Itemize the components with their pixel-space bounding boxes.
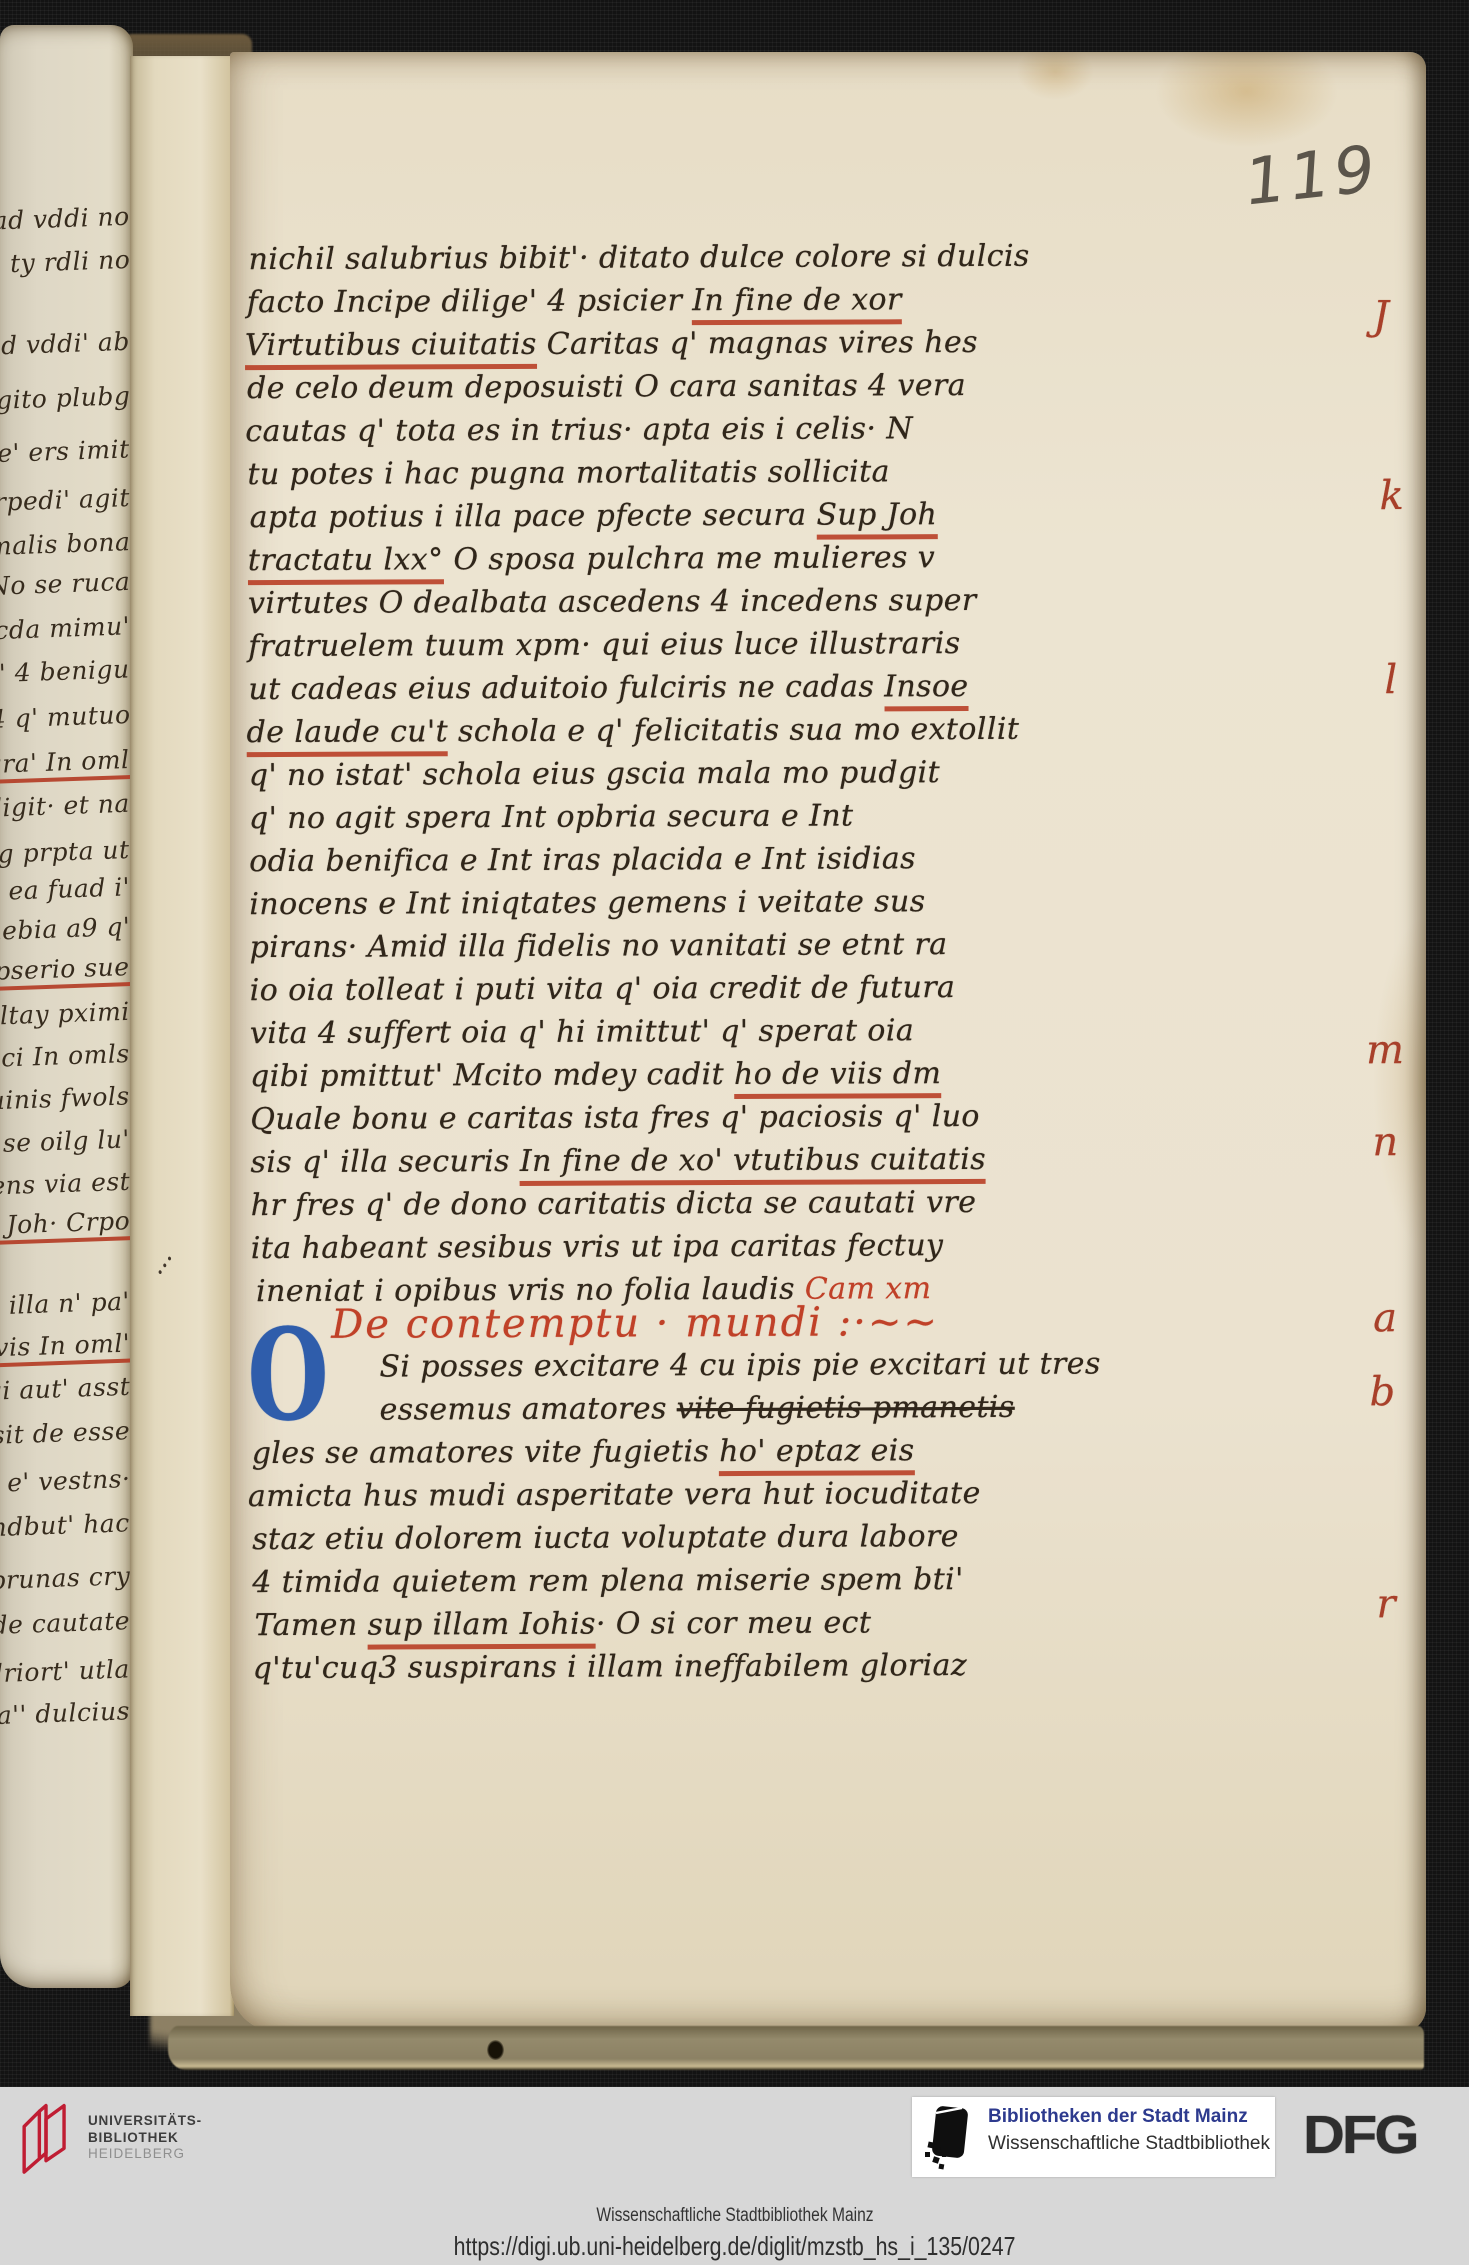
manuscript-line: 4 timida quietem rem plena miserie spem … bbox=[252, 1562, 964, 1600]
manuscript-segment: q' no istat' schola eius gscia mala mo p… bbox=[249, 755, 940, 793]
manuscript-segment: pirans· Amid illa fidelis no vanitati se… bbox=[250, 927, 948, 965]
heidelberg-book-icon bbox=[18, 2098, 74, 2174]
manuscript-segment: de celo deum deposuisti O cara sanitas 4… bbox=[247, 368, 966, 406]
caption-row: Wissenschaftliche Stadtbibliothek Mainz bbox=[0, 2205, 1469, 2227]
manuscript-segment: vita 4 suffert oia q' hi imittut' q' spe… bbox=[250, 1013, 914, 1051]
manuscript-segment: schola e q' felicitatis sua mo extollit bbox=[448, 712, 1019, 749]
manuscript-line: ut cadeas eius aduitoio fulciris ne cada… bbox=[248, 669, 968, 707]
mainz-library-logo: Bibliotheken der Stadt Mainz Wissenschaf… bbox=[912, 2097, 1275, 2177]
manuscript-segment: Si posses excitare 4 cu ipis pie excitar… bbox=[379, 1346, 1100, 1384]
manuscript-line: Virtutibus ciuitatis Caritas q' magnas v… bbox=[245, 325, 978, 363]
mainz-book-icon bbox=[922, 2104, 970, 2172]
manuscript-segment: essemus amatores bbox=[380, 1391, 677, 1427]
manuscript-segment-ul: ho de viis dm bbox=[734, 1056, 942, 1099]
footer-url: https://digi.ub.uni-heidelberg.de/diglit… bbox=[454, 2231, 1016, 2262]
manuscript-segment: hr fres q' de dono caritatis dicta se ca… bbox=[251, 1185, 977, 1223]
manuscript-line: ita habeant sesibus vris ut ipa caritas … bbox=[251, 1228, 944, 1266]
manuscript-segment-ul: tractatu lxx° bbox=[248, 542, 444, 585]
manuscript-segment-ul: In fine de xo' vtutibus cuitatis bbox=[520, 1142, 986, 1186]
manuscript-line: gles se amatores vite fugietis ho' eptaz… bbox=[252, 1433, 915, 1471]
manuscript-line: vita 4 suffert oia q' hi imittut' q' spe… bbox=[250, 1013, 914, 1051]
manuscript-line: de celo deum deposuisti O cara sanitas 4… bbox=[247, 368, 966, 406]
margin-letter: l bbox=[1384, 657, 1397, 703]
manuscript-line: De contemptu · mundi :·~~ bbox=[331, 1299, 939, 1348]
manuscript-segment: io oia tolleat i puti vita q' oia credit… bbox=[250, 970, 956, 1008]
manuscript-line: Tamen sup illam Iohis· O si cor meu ect bbox=[254, 1605, 871, 1643]
manuscript-segment-ul: Insoe bbox=[884, 669, 969, 711]
manuscript-line: q'tu'cuq3 suspirans i illam ineffabilem … bbox=[253, 1648, 968, 1686]
manuscript-line: nichil salubrius bibit'· ditato dulce co… bbox=[248, 239, 1029, 277]
margin-letter: m bbox=[1366, 1027, 1404, 1073]
ubh-line1: UNIVERSITÄTS- bbox=[88, 2113, 202, 2130]
manuscript-segment-ul: ho' eptaz eis bbox=[719, 1433, 915, 1476]
manuscript-line: tractatu lxx° O sposa pulchra me muliere… bbox=[248, 540, 935, 578]
illuminated-initial: O bbox=[247, 1312, 329, 1438]
manuscript-line: amicta hus mudi asperitate vera hut iocu… bbox=[248, 1476, 981, 1514]
manuscript-segment: amicta hus mudi asperitate vera hut iocu… bbox=[248, 1476, 981, 1514]
photo-black-cloth-background: e 4 ad vddi noa' 4 ty rdli noyo ad vddi'… bbox=[0, 0, 1469, 2087]
manuscript-segment: 4 timida quietem rem plena miserie spem … bbox=[252, 1562, 964, 1600]
url-row: https://digi.ub.uni-heidelberg.de/diglit… bbox=[0, 2231, 1469, 2262]
manuscript-segment-ul: In fine de xor bbox=[692, 282, 902, 325]
manuscript-segment: apta potius i illa pace pfecte secura bbox=[250, 498, 817, 535]
heidelberg-logo-text: UNIVERSITÄTS- BIBLIOTHEK HEIDELBERG bbox=[88, 2098, 202, 2174]
manuscript-segment: odia benifica e Int iras placida e Int i… bbox=[249, 841, 916, 879]
digitized-manuscript-scan: e 4 ad vddi noa' 4 ty rdli noyo ad vddi'… bbox=[0, 0, 1469, 2265]
manuscript-segment: Quale bonu e caritas ista fres q' pacios… bbox=[250, 1099, 980, 1137]
manuscript-line: tu potes i hac pugna mortalitatis sollic… bbox=[247, 454, 890, 492]
manuscript-line: essemus amatores vite fugietis pmanetis bbox=[380, 1390, 1015, 1428]
manuscript-line: apta potius i illa pace pfecte secura Su… bbox=[250, 497, 938, 535]
gutter-dots-mark: ... bbox=[140, 1243, 179, 1280]
pencil-folio-number: 119 bbox=[1242, 132, 1380, 222]
margin-letter: b bbox=[1369, 1369, 1395, 1415]
margin-letter: k bbox=[1380, 473, 1404, 519]
manuscript-segment: staz etiu dolorem iucta voluptate dura l… bbox=[252, 1519, 959, 1557]
manuscript-segment: qibi pmittut' Mcito mdey cadit bbox=[250, 1057, 734, 1094]
manuscript-segment: cautas q' tota es in trius· apta eis i c… bbox=[245, 411, 913, 449]
manuscript-segment: facto Incipe dilige' 4 psicier bbox=[247, 283, 693, 320]
manuscript-line: q' no agit spera Int opbria secura e Int bbox=[249, 798, 854, 836]
manuscript-line: inocens e Int iniqtates gemens i veitate… bbox=[249, 884, 925, 922]
manuscript-line: cautas q' tota es in trius· apta eis i c… bbox=[245, 411, 913, 449]
ubh-line2: BIBLIOTHEK bbox=[88, 2130, 202, 2147]
manuscript-segment: q' no agit spera Int opbria secura e Int bbox=[249, 798, 854, 836]
margin-letter: J bbox=[1373, 293, 1389, 339]
manuscript-segment: ut cadeas eius aduitoio fulciris ne cada… bbox=[248, 669, 884, 707]
margin-letter: a bbox=[1373, 1295, 1397, 1341]
heidelberg-library-logo: UNIVERSITÄTS- BIBLIOTHEK HEIDELBERG bbox=[18, 2098, 202, 2174]
manuscript-segment: inocens e Int iniqtates gemens i veitate… bbox=[249, 884, 925, 922]
ubh-line3: HEIDELBERG bbox=[88, 2146, 202, 2163]
manuscript-segment-strike: vite fugietis pmanetis bbox=[677, 1390, 1015, 1426]
manuscript-segment: fratruelem tuum xpm· qui eius luce illus… bbox=[248, 626, 960, 664]
margin-letter: n bbox=[1372, 1119, 1398, 1165]
manuscript-segment: tu potes i hac pugna mortalitatis sollic… bbox=[247, 454, 890, 492]
margin-letter: r bbox=[1376, 1581, 1395, 1627]
manuscript-segment: gles se amatores vite fugietis bbox=[252, 1434, 720, 1471]
footer-caption: Wissenschaftliche Stadtbibliothek Mainz bbox=[596, 2205, 873, 2227]
manuscript-line: io oia tolleat i puti vita q' oia credit… bbox=[250, 970, 956, 1008]
manuscript-segment: nichil salubrius bibit'· ditato dulce co… bbox=[248, 239, 1029, 277]
manuscript-line: sis q' illa securis In fine de xo' vtuti… bbox=[250, 1142, 986, 1180]
manuscript-segment: De contemptu · mundi :·~~ bbox=[331, 1299, 939, 1348]
manuscript-line: staz etiu dolorem iucta voluptate dura l… bbox=[252, 1519, 959, 1557]
manuscript-segment: sis q' illa securis bbox=[250, 1144, 519, 1180]
manuscript-line: fratruelem tuum xpm· qui eius luce illus… bbox=[248, 626, 960, 664]
manuscript-segment: · O si cor meu ect bbox=[596, 1605, 871, 1641]
manuscript-segment-ul: Sup Joh bbox=[816, 497, 937, 540]
manuscript-line: pirans· Amid illa fidelis no vanitati se… bbox=[250, 927, 948, 965]
manuscript-line: hr fres q' de dono caritatis dicta se ca… bbox=[251, 1185, 977, 1223]
manuscript-segment: ita habeant sesibus vris ut ipa caritas … bbox=[251, 1228, 944, 1266]
manuscript-line: Quale bonu e caritas ista fres q' pacios… bbox=[250, 1099, 980, 1137]
manuscript-line: facto Incipe dilige' 4 psicier In fine d… bbox=[247, 282, 902, 320]
mainz-line2: Wissenschaftliche Stadtbibliothek bbox=[988, 2133, 1270, 2155]
manuscript-segment: virtutes O dealbata ascedens 4 incedens … bbox=[248, 583, 977, 621]
manuscript-line: q' no istat' schola eius gscia mala mo p… bbox=[249, 755, 940, 793]
mainz-line1: Bibliotheken der Stadt Mainz bbox=[988, 2106, 1248, 2128]
manuscript-line: qibi pmittut' Mcito mdey cadit ho de vii… bbox=[250, 1056, 941, 1094]
manuscript-line: de laude cu't schola e q' felicitatis su… bbox=[247, 712, 1020, 750]
manuscript-line: odia benifica e Int iras placida e Int i… bbox=[249, 841, 916, 879]
manuscript-line: Si posses excitare 4 cu ipis pie excitar… bbox=[379, 1346, 1100, 1384]
manuscript-segment: Caritas q' magnas vires hes bbox=[537, 325, 978, 362]
manuscript-line: virtutes O dealbata ascedens 4 incedens … bbox=[248, 583, 977, 621]
dfg-logo: DFG bbox=[1303, 2104, 1416, 2166]
footer-bar: UNIVERSITÄTS- BIBLIOTHEK HEIDELBERG Bibl… bbox=[0, 2087, 1469, 2265]
manuscript-segment: Tamen bbox=[254, 1608, 367, 1643]
manuscript-segment-ul: sup illam Iohis bbox=[367, 1607, 596, 1650]
manuscript-segment: O sposa pulchra me mulieres v bbox=[443, 540, 935, 577]
manuscript-segment: q'tu'cuq3 suspirans i illam ineffabilem … bbox=[253, 1648, 968, 1686]
manuscript-segment-ul: Virtutibus ciuitatis bbox=[245, 327, 537, 370]
manuscript-segment-ul: de laude cu't bbox=[247, 714, 449, 757]
manuscript-text-block: O ... 119 nichil salubrius bibit'· ditat… bbox=[0, 0, 1469, 2090]
